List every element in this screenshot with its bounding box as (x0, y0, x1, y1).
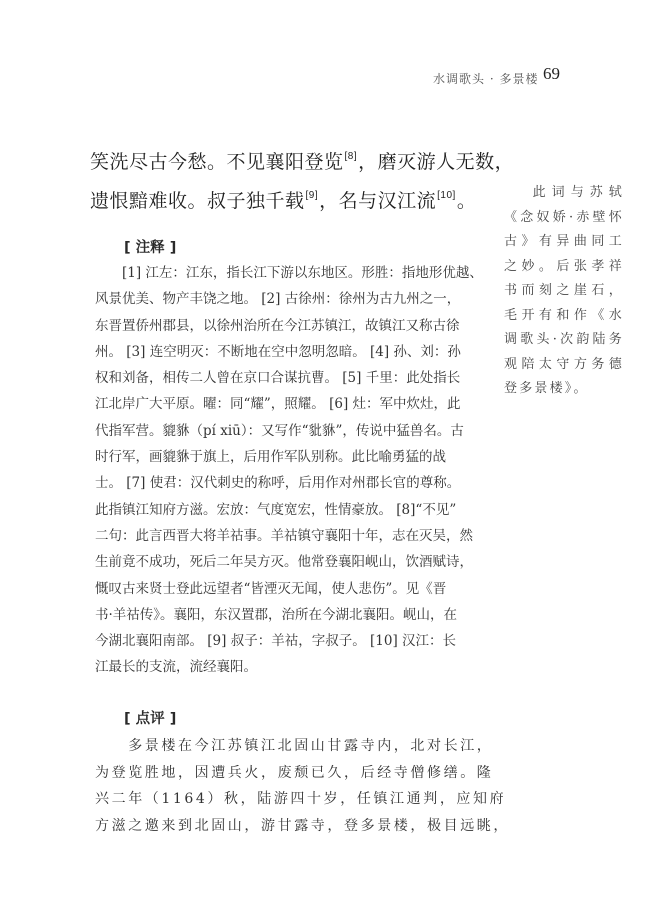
margin-note: 此词与苏轼《念奴娇·赤壁怀古》有异曲同工之妙。后张孝祥书而刻之崖石，毛开有和作《… (504, 181, 624, 402)
page-number: 69 (543, 64, 560, 84)
annotation-line: 权和刘备，相传二人曾在京口合谋抗曹。 [5] 千里：此处指长 (95, 365, 491, 391)
commentary-line: 多景楼在今江苏镇江北固山甘露寺内，北对长江， (95, 733, 491, 760)
annotation-line: 士。 [7] 使君：汉代刺史的称呼，后用作对州郡长官的尊称。 (95, 470, 491, 496)
poem-line: 笑洗尽古今愁。不见襄阳登览[8]，磨灭游人无数， (90, 140, 510, 179)
commentary-line: 方滋之邀来到北固山，游甘露寺，登多景楼，极目远眺， (95, 813, 491, 840)
footnote-ref: [10] (437, 190, 456, 201)
annotations-body: [1] 江左：江东，指长江下游以东地区。形胜：指地形优越、 风景优美、物产丰饶之… (95, 260, 491, 681)
annotation-line: 风景优美、物产丰饶之地。 [2] 古徐州：徐州为古九州之一， (95, 286, 491, 312)
annotation-line: 江北岸广大平原。曜：同“耀”，照耀。 [6] 灶：军中炊灶，此 (95, 391, 491, 417)
commentary-line: 兴二年（1164）秋，陆游四十岁，任镇江通判，应知府 (95, 786, 491, 813)
annotation-line: 慨叹古来贤士登此远望者“皆湮灭无闻，使人悲伤”。见《晋 (95, 576, 491, 602)
poem-text-segment: ，名与汉江流 (319, 190, 436, 212)
annotations-heading: [ 注释 ] (124, 236, 176, 257)
poem-line: 遗恨黯难收。叔子独千载[9]，名与汉江流[10]。 (90, 179, 510, 218)
poem-text-segment: 。 (457, 190, 477, 212)
annotation-line: 州。 [3] 连空明灭：不断地在空中忽明忽暗。 [4] 孙、刘：孙 (95, 339, 491, 365)
annotation-line: 江最长的支流，流经襄阳。 (95, 654, 491, 680)
commentary-heading: [ 点评 ] (124, 707, 176, 728)
annotation-line: 书·羊祜传》。襄阳，东汉置郡，治所在今湖北襄阳。岘山，在 (95, 602, 491, 628)
poem-text: 笑洗尽古今愁。不见襄阳登览[8]，磨灭游人无数， 遗恨黯难收。叔子独千载[9]，… (90, 140, 510, 218)
running-head: 水调歌头 · 多景楼 (433, 70, 538, 87)
annotation-line: 代指军营。貔貅（pí xiū）：又写作“豼貅”，传说中猛兽名。古 (95, 418, 491, 444)
poem-text-segment: 遗恨黯难收。叔子独千载 (90, 190, 305, 212)
footnote-ref: [9] (306, 190, 319, 201)
annotation-line: [1] 江左：江东，指长江下游以东地区。形胜：指地形优越、 (95, 260, 491, 286)
annotation-line: 二句：此言西晋大将羊祜事。羊祜镇守襄阳十年，志在灭吴，然 (95, 523, 491, 549)
annotation-line: 今湖北襄阳南部。 [9] 叔子：羊祜，字叔子。 [10] 汉江：长 (95, 628, 491, 654)
annotation-line: 此指镇江知府方滋。宏放：气度宽宏，性情豪放。 [8]“不见” (95, 497, 491, 523)
commentary-line: 为登览胜地，因遭兵火，废颓已久，后经寺僧修缮。隆 (95, 760, 491, 787)
commentary-body: 多景楼在今江苏镇江北固山甘露寺内，北对长江， 为登览胜地，因遭兵火，废颓已久，后… (95, 733, 491, 839)
footnote-ref: [8] (345, 151, 358, 162)
poem-text-segment: ，磨灭游人无数， (358, 151, 514, 173)
annotation-line: 生前竟不成功，死后二年吴方灭。他常登襄阳岘山，饮酒赋诗， (95, 549, 491, 575)
annotation-line: 东晋置侨州郡县，以徐州治所在今江苏镇江，故镇江又称古徐 (95, 313, 491, 339)
poem-text-segment: 笑洗尽古今愁。不见襄阳登览 (90, 151, 344, 173)
annotation-line: 时行军，画貔貅于旗上，后用作军队别称。此比喻勇猛的战 (95, 444, 491, 470)
